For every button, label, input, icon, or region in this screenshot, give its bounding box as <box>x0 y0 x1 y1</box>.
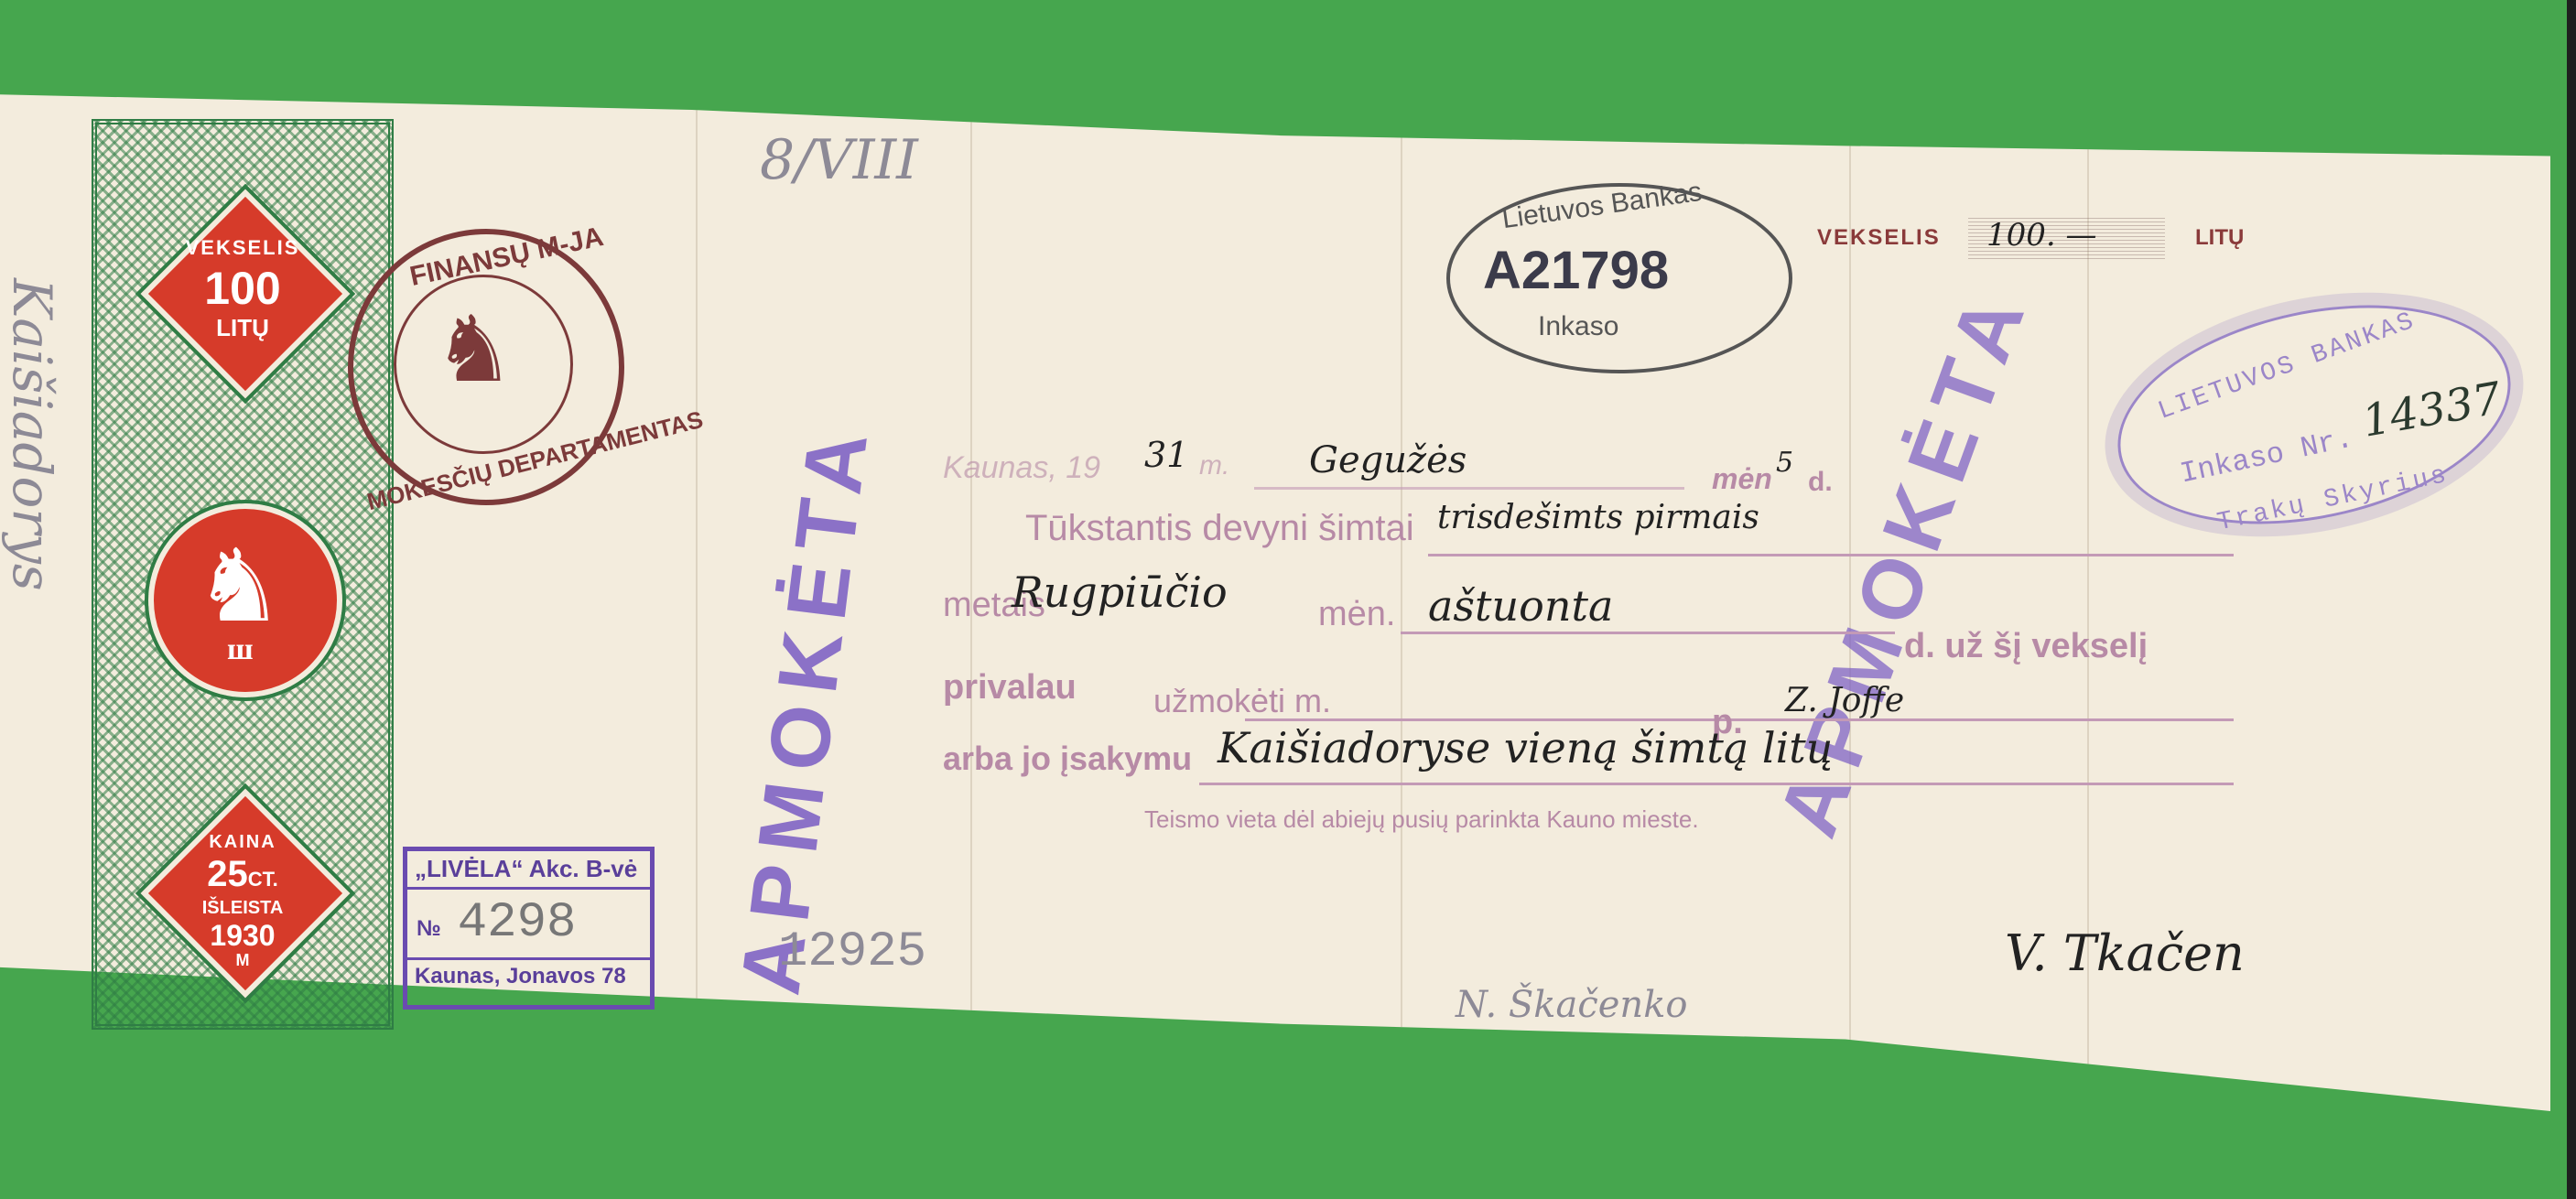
pencil-note-top: 8/VIII <box>760 128 918 192</box>
pencil-note-left: Kaišiadorys <box>1 278 63 663</box>
vytis-medallion: ♞ ш <box>148 503 342 697</box>
revenue-stamp: VEKSELIS 100 LITŲ ♞ ш KAINA 25CT. IŠLEIS… <box>92 119 394 1030</box>
issued-year-suffix: M <box>146 952 339 968</box>
year-hand: 31 <box>1144 435 1188 475</box>
company-stamp-box: „LIVĖLA“ Akc. B-vė №4298 Kaunas, Jonavos… <box>403 847 655 1010</box>
jurisdiction-text: Teismo vieta dėl abiejų pusių parinkta K… <box>1144 805 1699 834</box>
drawer-signature: V. Tkačen <box>2005 924 2245 982</box>
vytis-knight-icon: ♞ <box>194 527 285 645</box>
company-number: 4298 <box>458 895 577 951</box>
line4-rule <box>1199 783 2234 785</box>
price-label: KAINA <box>146 833 339 851</box>
line4-hand: Kaišiadoryse vieną šimtą litų <box>1218 723 1833 772</box>
day-hand: 5 <box>1776 447 1793 479</box>
stamp-currency: LITŲ <box>146 316 339 340</box>
line1-rule <box>1428 554 2234 556</box>
place-printed: Kaunas, 19 <box>943 450 1100 486</box>
stamp-inner-ring: ♞ <box>394 275 573 454</box>
issued-label: IŠLEISTA <box>146 899 339 917</box>
amount-value: 100. — <box>1986 217 2097 254</box>
gediminas-columns-icon: ш <box>227 632 254 667</box>
number-label: № <box>417 916 441 941</box>
line2-rule <box>1401 632 1895 634</box>
line2-month: Rugpiūčio <box>1012 567 1228 617</box>
price-unit: CT. <box>248 868 278 891</box>
vytis-knight-icon: ♞ <box>433 296 515 403</box>
d-label: d. <box>1808 467 1833 498</box>
month-hand: Gegužės <box>1309 439 1467 481</box>
m-label: m. <box>1199 450 1229 481</box>
price-number: 25 <box>207 854 248 894</box>
date-line <box>1254 487 1684 490</box>
line2-end: d. už šį vekselį <box>1904 627 2148 666</box>
fold-line <box>1401 84 1402 1111</box>
bank-stamp-number: A21798 <box>1483 240 1669 301</box>
line1-hand: trisdešimts pirmais <box>1437 499 1759 536</box>
price-value: 25CT. <box>146 856 339 892</box>
header-title: VEKSELIS <box>1817 225 1941 251</box>
stamp-title: VEKSELIS <box>146 238 339 258</box>
line1-printed: Tūkstantis devyni šimtai <box>1025 508 1414 549</box>
line2-day: aštuonta <box>1428 581 1613 631</box>
serial-number: 12925 <box>778 924 926 980</box>
line3-start: privalau <box>943 668 1077 708</box>
amount-field: 100. — <box>1968 217 2165 259</box>
pencil-signature: N. Škačenko <box>1456 984 1688 1026</box>
payee-hand: Z. Joffe <box>1785 682 1904 719</box>
company-number-row: №4298 <box>407 890 650 960</box>
issued-year: 1930 <box>146 921 339 950</box>
fold-line <box>696 84 698 1111</box>
line3-mid: užmokėti m. <box>1153 682 1331 720</box>
ministry-round-stamp: ♞ FINANSŲ M-JA MOKESČIŲ DEPARTAMENTAS <box>348 229 624 505</box>
line2-men: mėn. <box>1318 595 1395 634</box>
men-label: mėn <box>1712 462 1772 496</box>
bank-stamp-bottom: Inkaso <box>1538 311 1618 342</box>
company-address: Kaunas, Jonavos 78 <box>407 960 650 993</box>
stamp-amount: 100 <box>146 265 339 311</box>
company-name: „LIVĖLA“ Akc. B-vė <box>407 851 650 890</box>
scanner-edge <box>2567 0 2576 1199</box>
header-currency: LITŲ <box>2195 225 2244 251</box>
line4-start: arba jo įsakymu <box>943 740 1192 778</box>
